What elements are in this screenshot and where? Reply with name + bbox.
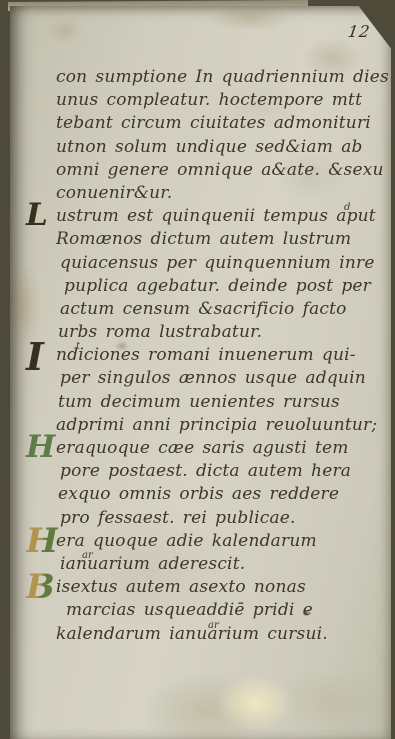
manuscript-line: urbs roma lustrabatur.	[56, 321, 386, 344]
manuscript-page: 12 con sumptione In quadriennium diesunu…	[10, 6, 391, 739]
text-block: con sumptione In quadriennium diesunus c…	[56, 66, 386, 646]
line-text: unus compleatur. hoctempore mtt	[56, 90, 362, 110]
line-text: kalendarum ianuarium cursui.	[56, 624, 328, 644]
manuscript-line: actum censum &sacrificio facto	[56, 298, 386, 321]
line-text: puplica agebatur. deinde post per	[64, 276, 371, 296]
interlinear-gloss: ar	[208, 614, 219, 637]
manuscript-line: tum decimum uenientes rursus	[56, 391, 386, 414]
manuscript-line: Lustrum est quinquenii tempus aputd	[56, 205, 386, 228]
manuscript-line: puplica agebatur. deinde post per	[56, 275, 386, 298]
illuminated-initial: L	[26, 200, 48, 231]
illuminated-initial: H	[26, 524, 58, 558]
manuscript-photo: 12 con sumptione In quadriennium diesunu…	[0, 0, 395, 739]
manuscript-line: quiacensus per quinquennium inre	[56, 252, 386, 275]
line-text: quiacensus per quinquennium inre	[60, 253, 375, 273]
manuscript-line: tebant circum ciuitates admonituri	[56, 112, 386, 135]
manuscript-line: kalendarum ianuarium cursui.ar	[56, 623, 386, 646]
line-text: eraquoque cæe saris agusti tem	[56, 438, 349, 458]
manuscript-line: Hera quoque adie kalendarum	[56, 530, 386, 553]
illuminated-initial: H	[26, 432, 56, 463]
manuscript-line: con sumptione In quadriennium dies	[56, 66, 386, 89]
line-text: exquo omnis orbis aes reddere	[58, 484, 339, 504]
manuscript-line: omni genere omnique a&ate. &sexu	[56, 159, 386, 182]
line-text: con sumptione In quadriennium dies	[56, 67, 389, 87]
line-text: tebant circum ciuitates admonituri	[56, 113, 371, 133]
line-text: pro fessaest. rei publicae.	[60, 508, 296, 528]
manuscript-line: Indiciones romani inuenerum qui-t	[56, 344, 386, 367]
manuscript-line: exquo omnis orbis aes reddere	[56, 483, 386, 506]
interlinear-gloss: d	[344, 196, 350, 219]
manuscript-line: Bisextus autem asexto nonas	[56, 576, 386, 599]
manuscript-line: pore postaest. dicta autem hera	[56, 460, 386, 483]
line-text: omni genere omnique a&ate. &sexu	[56, 160, 384, 180]
line-text: marcias usqueaddiē pridi e	[66, 600, 313, 620]
manuscript-line: pro fessaest. rei publicae.	[56, 507, 386, 530]
line-text: actum censum &sacrificio facto	[60, 299, 347, 319]
line-text: utnon solum undique sed&iam ab	[56, 137, 363, 157]
line-text: conuenir&ur.	[56, 183, 172, 203]
interlinear-gloss: t	[76, 335, 80, 358]
line-text: Romænos dictum autem lustrum	[56, 229, 351, 249]
manuscript-line: adprimi anni principia reuoluuntur;	[56, 414, 386, 437]
line-text: urbs roma lustrabatur.	[58, 322, 262, 342]
folio-number: 12	[347, 22, 372, 41]
manuscript-line: conuenir&ur.	[56, 182, 386, 205]
interlinear-gloss: ar	[82, 544, 93, 567]
line-text: tum decimum uenientes rursus	[58, 392, 340, 412]
line-text: adprimi anni principia reuoluuntur;	[56, 415, 377, 435]
manuscript-line: unus compleatur. hoctempore mtt	[56, 89, 386, 112]
manuscript-line: Romænos dictum autem lustrum	[56, 228, 386, 251]
manuscript-line: per singulos ænnos usque adquin	[56, 367, 386, 390]
line-text: ndiciones romani inuenerum qui-	[56, 345, 356, 365]
manuscript-line: marcias usqueaddiē pridi e	[56, 599, 386, 622]
manuscript-line: ianuarium aderescit.ar	[56, 553, 386, 576]
line-text: ustrum est quinquenii tempus aput	[56, 206, 376, 226]
line-text: era quoque adie kalendarum	[56, 531, 317, 551]
illuminated-initial: B	[26, 570, 55, 604]
manuscript-line: Heraquoque cæe saris agusti tem	[56, 437, 386, 460]
line-text: isextus autem asexto nonas	[56, 577, 306, 597]
illuminated-initial: I	[26, 338, 44, 376]
line-text: per singulos ænnos usque adquin	[60, 368, 366, 388]
manuscript-line: utnon solum undique sed&iam ab	[56, 136, 386, 159]
line-text: pore postaest. dicta autem hera	[60, 461, 351, 481]
